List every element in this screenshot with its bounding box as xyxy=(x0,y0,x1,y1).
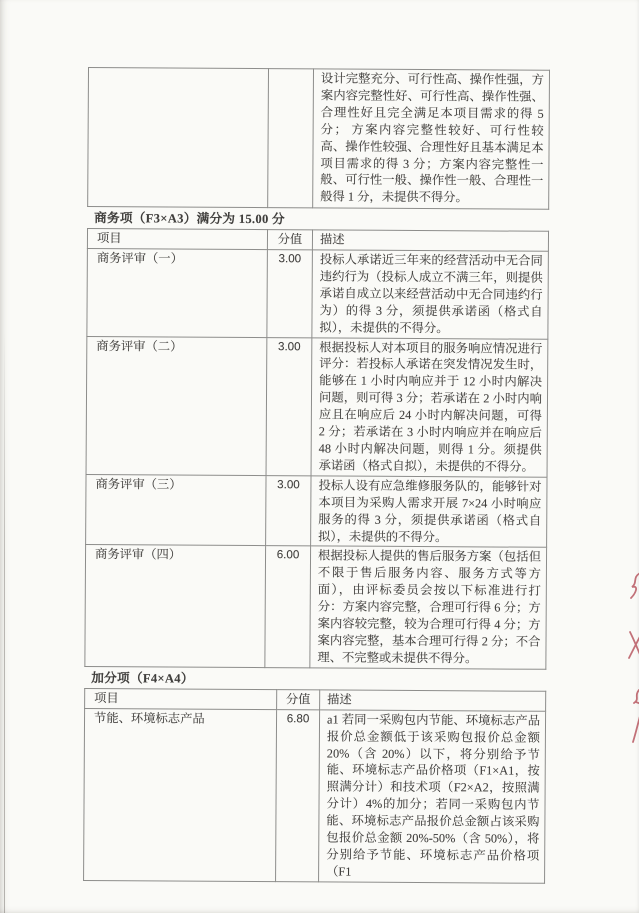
table-row: 商务评审（三） 3.00 投标人设有应急维修服务队的，能够针对本项目为采购人需求… xyxy=(86,474,547,547)
table-row: 商务评审（四） 6.00 根据投标人提供的售后服务方案（包括但不限于售后服务内容… xyxy=(85,545,547,669)
item-cell: 商务评审（四） xyxy=(85,545,266,667)
table-row: 商务评审（一） 3.00 投标人承诺近三年来的经营活动中无合同违约行为（投标人成… xyxy=(87,248,549,338)
desc-cell: 根据投标人提供的售后服务方案（包括但不限于售后服务内容、服务方式等方面），由评标… xyxy=(310,546,547,669)
score-cell: 6.00 xyxy=(265,546,311,668)
empty-score-cell xyxy=(268,69,314,208)
bonus-table: 项目 分值 描述 节能、环境标志产品 6.80 a1 若同一采购包内节能、环境标… xyxy=(83,688,546,884)
item-cell: 商务评审（二） xyxy=(86,336,267,475)
desc-cell: a1 若同一采购包内节能、环境标志产品报价总金额低于该采购包报价总金额 20%（… xyxy=(319,710,546,883)
empty-item-cell xyxy=(88,67,269,207)
header-desc: 描述 xyxy=(312,230,548,251)
header-desc: 描述 xyxy=(320,690,546,711)
item-cell: 节能、环境标志产品 xyxy=(84,708,277,881)
document-content: 设计完整充分、可行性高、操作性强，方案内容完整性好、可行性高、操作性强、合理性好… xyxy=(83,67,549,884)
desc-cell: 根据投标人对本项目的服务响应情况进行评分：若投标人承诺在突发情况发生时，能够在 … xyxy=(311,337,548,477)
score-cell: 3.00 xyxy=(266,475,311,546)
seal-fragment-icon xyxy=(628,571,639,605)
scanned-page: 设计完整充分、可行性高、操作性强，方案内容完整性好、可行性高、操作性强、合理性好… xyxy=(0,0,639,913)
header-score: 分值 xyxy=(267,230,312,250)
document-sheet: 设计完整充分、可行性高、操作性强，方案内容完整性好、可行性高、操作性强、合理性好… xyxy=(0,0,639,884)
desc-cell: 投标人设有应急维修服务队的，能够针对本项目为采购人需求开展 7×24 小时响应服… xyxy=(311,476,547,548)
score-cell: 3.00 xyxy=(267,250,313,338)
header-item: 项目 xyxy=(87,228,267,249)
business-section-title: 商务项（F3×A3）满分为 15.00 分 xyxy=(87,211,548,229)
item-cell: 商务评审（一） xyxy=(87,248,268,337)
desc-cell: 设计完整充分、可行性高、操作性强，方案内容完整性好、可行性高、操作性强、合理性好… xyxy=(313,69,550,209)
seal-fragment-icon xyxy=(630,688,639,746)
bonus-section-title: 加分项（F4×A4） xyxy=(84,671,545,689)
score-cell: 6.80 xyxy=(276,709,320,881)
business-table: 项目 分值 描述 商务评审（一） 3.00 投标人承诺近三年来的经营活动中无合同… xyxy=(84,228,549,670)
table-header-row: 项目 分值 描述 xyxy=(85,688,546,711)
table-header-row: 项目 分值 描述 xyxy=(87,228,548,251)
header-item: 项目 xyxy=(85,688,277,709)
seal-fragment-icon xyxy=(627,628,639,666)
item-cell: 商务评审（三） xyxy=(86,474,266,546)
table-row: 节能、环境标志产品 6.80 a1 若同一采购包内节能、环境标志产品报价总金额低… xyxy=(84,708,546,883)
table-row: 设计完整充分、可行性高、操作性强，方案内容完整性好、可行性高、操作性强、合理性好… xyxy=(88,67,550,209)
desc-cell: 投标人承诺近三年来的经营活动中无合同违约行为（投标人成立不满三年，则提供承诺自成… xyxy=(312,250,549,339)
table-row: 商务评审（二） 3.00 根据投标人对本项目的服务响应情况进行评分：若投标人承诺… xyxy=(86,336,548,477)
carryover-table: 设计完整充分、可行性高、操作性强，方案内容完整性好、可行性高、操作性强、合理性好… xyxy=(87,67,550,210)
score-cell: 3.00 xyxy=(266,337,312,476)
header-score: 分值 xyxy=(277,689,320,709)
